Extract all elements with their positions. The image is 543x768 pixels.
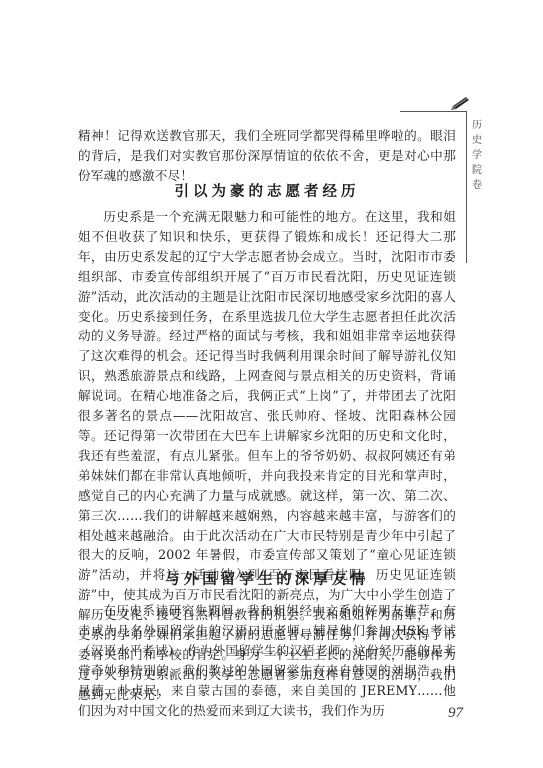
foreign-students-paragraph: 在历史系读研究生期间，我和姐姐经中文系的好朋友推荐，有幸成为几名外国留学生的汉语…: [78, 601, 456, 720]
section-title-foreign-students: 与外国留学生的深厚友情: [78, 568, 456, 589]
opening-text-block: 精神！记得欢送教官那天，我们全班同学都哭得稀里哗啦的。眼泪的背后，是我们对实教官…: [78, 126, 456, 186]
book-page: 历史学院卷 精神！记得欢送教官那天，我们全班同学都哭得稀里哗啦的。眼泪的背后，是…: [0, 0, 543, 768]
section-side-label: 历史学院卷: [470, 118, 484, 193]
pencil-icon: [449, 96, 471, 112]
section-title-volunteer: 引以为豪的志愿者经历: [78, 180, 456, 201]
opening-paragraph: 精神！记得欢送教官那天，我们全班同学都哭得稀里哗啦的。眼泪的背后，是我们对实教官…: [78, 126, 456, 186]
side-rule: [466, 111, 467, 263]
page-number: 97: [448, 705, 463, 722]
section-foreign-students-body: 在历史系读研究生期间，我和姐姐经中文系的好朋友推荐，有幸成为几名外国留学生的汉语…: [78, 601, 456, 720]
